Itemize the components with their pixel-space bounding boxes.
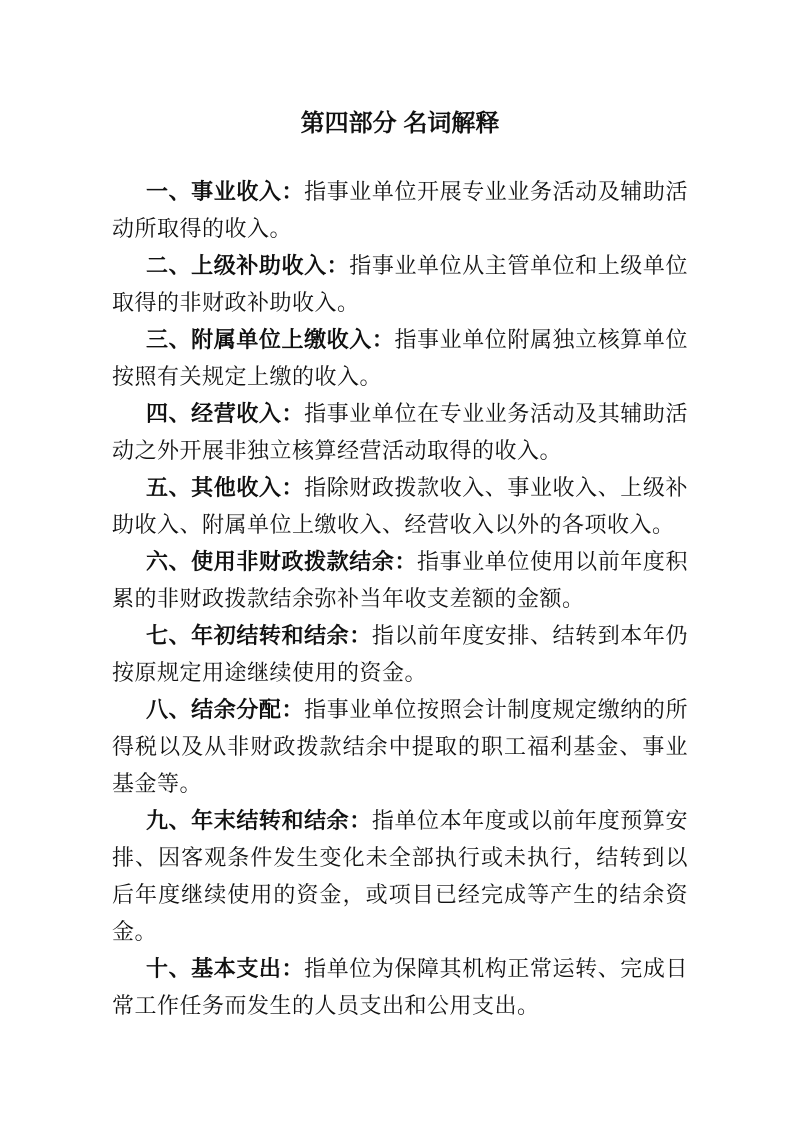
document-page: 第四部分 名词解释 一、事业收入：指事业单位开展专业业务活动及辅助活动所取得的收… (0, 0, 793, 1122)
term-paragraph: 八、结余分配：指事业单位按照会计制度规定缴纳的所得税以及从非财政拨款结余中提取的… (112, 691, 688, 802)
term-paragraph: 七、年初结转和结余：指以前年度安排、结转到本年仍按原规定用途继续使用的资金。 (112, 617, 688, 691)
term-label: 三、附属单位上缴收入： (146, 327, 394, 352)
page-title: 第四部分 名词解释 (112, 110, 688, 138)
term-paragraph: 五、其他收入：指除财政拨款收入、事业收入、上级补助收入、附属单位上缴收入、经营收… (112, 469, 688, 543)
term-label: 四、经营收入： (146, 401, 304, 426)
term-paragraph: 九、年末结转和结余：指单位本年度或以前年度预算安排、因客观条件发生变化未全部执行… (112, 802, 688, 950)
term-label: 六、使用非财政拨款结余： (146, 549, 417, 574)
term-paragraph: 四、经营收入：指事业单位在专业业务活动及其辅助活动之外开展非独立核算经营活动取得… (112, 395, 688, 469)
term-label: 八、结余分配： (146, 697, 304, 722)
term-label: 九、年末结转和结余： (146, 808, 372, 833)
term-label: 一、事业收入： (146, 179, 304, 204)
term-paragraph: 二、上级补助收入：指事业单位从主管单位和上级单位取得的非财政补助收入。 (112, 247, 688, 321)
term-paragraph: 一、事业收入：指事业单位开展专业业务活动及辅助活动所取得的收入。 (112, 173, 688, 247)
term-label: 五、其他收入： (146, 475, 304, 500)
term-label: 七、年初结转和结余： (146, 623, 372, 648)
term-paragraph: 三、附属单位上缴收入：指事业单位附属独立核算单位按照有关规定上缴的收入。 (112, 321, 688, 395)
term-label: 十、基本支出： (146, 956, 304, 981)
term-paragraph: 六、使用非财政拨款结余：指事业单位使用以前年度积累的非财政拨款结余弥补当年收支差… (112, 543, 688, 617)
term-paragraph: 十、基本支出：指单位为保障其机构正常运转、完成日常工作任务而发生的人员支出和公用… (112, 950, 688, 1024)
terms-list: 一、事业收入：指事业单位开展专业业务活动及辅助活动所取得的收入。 二、上级补助收… (112, 173, 688, 1024)
term-label: 二、上级补助收入： (146, 253, 349, 278)
